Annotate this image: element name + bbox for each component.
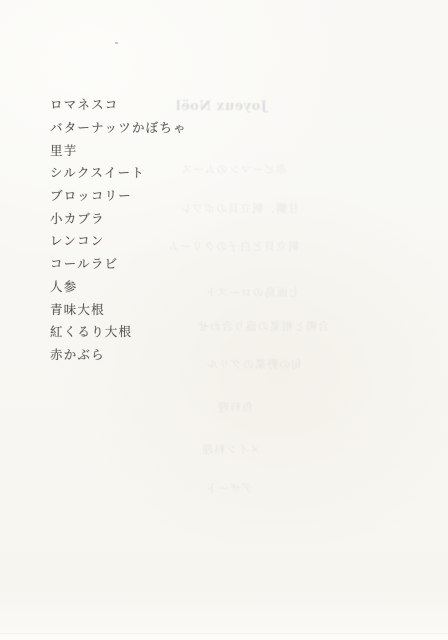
- vegetable-list-item: 人参: [50, 275, 187, 298]
- vegetable-list-item: 紅くるり大根: [50, 320, 187, 343]
- bleed-through-line: メイン料理: [194, 441, 268, 457]
- bleed-through-line: 魚料理: [204, 399, 266, 415]
- bleed-through-title: Joyeux Noël: [183, 99, 267, 114]
- vegetable-list-item: レンコン: [50, 229, 187, 252]
- scan-bottom-edge: [0, 633, 448, 640]
- bleed-through-line: 七面鳥のロースト: [196, 284, 308, 300]
- bleed-through-line: 旬の野菜のグリル: [198, 356, 310, 372]
- vegetable-list-item: 里芋: [50, 138, 187, 161]
- vegetable-list-item: バターナッツかぼちゃ: [50, 116, 187, 139]
- bleed-through-line: 赤ピーマンのムース: [175, 161, 293, 177]
- vegetable-list-item: 小カブラ: [50, 206, 187, 229]
- bleed-through-line: デザート: [200, 480, 258, 496]
- vegetable-list-item: 赤かぶら: [50, 343, 187, 366]
- vegetable-list-item: 青味大根: [50, 297, 187, 320]
- scanned-page: Joyeux Noël 赤ピーマンのムース 甘鯛、帆立貝のポワレ 帆立貝と白子の…: [0, 0, 448, 640]
- bleed-through-line: 帆立貝と白子のクリーム: [173, 238, 299, 254]
- scan-speck: [115, 42, 118, 44]
- vegetable-list-item: ブロッコリー: [50, 184, 187, 207]
- vegetable-list-item: コールラビ: [50, 252, 187, 275]
- vegetable-list: ロマネスコ バターナッツかぼちゃ 里芋 シルクスイート ブロッコリー 小カブラ …: [50, 93, 187, 365]
- vegetable-list-item: ロマネスコ: [50, 93, 187, 116]
- bleed-through-line: 甘鯛、帆立貝のポワレ: [175, 200, 303, 216]
- bleed-through-line: 合鴨と根菜の盛り合わせ: [196, 318, 330, 334]
- vegetable-list-item: シルクスイート: [50, 161, 187, 184]
